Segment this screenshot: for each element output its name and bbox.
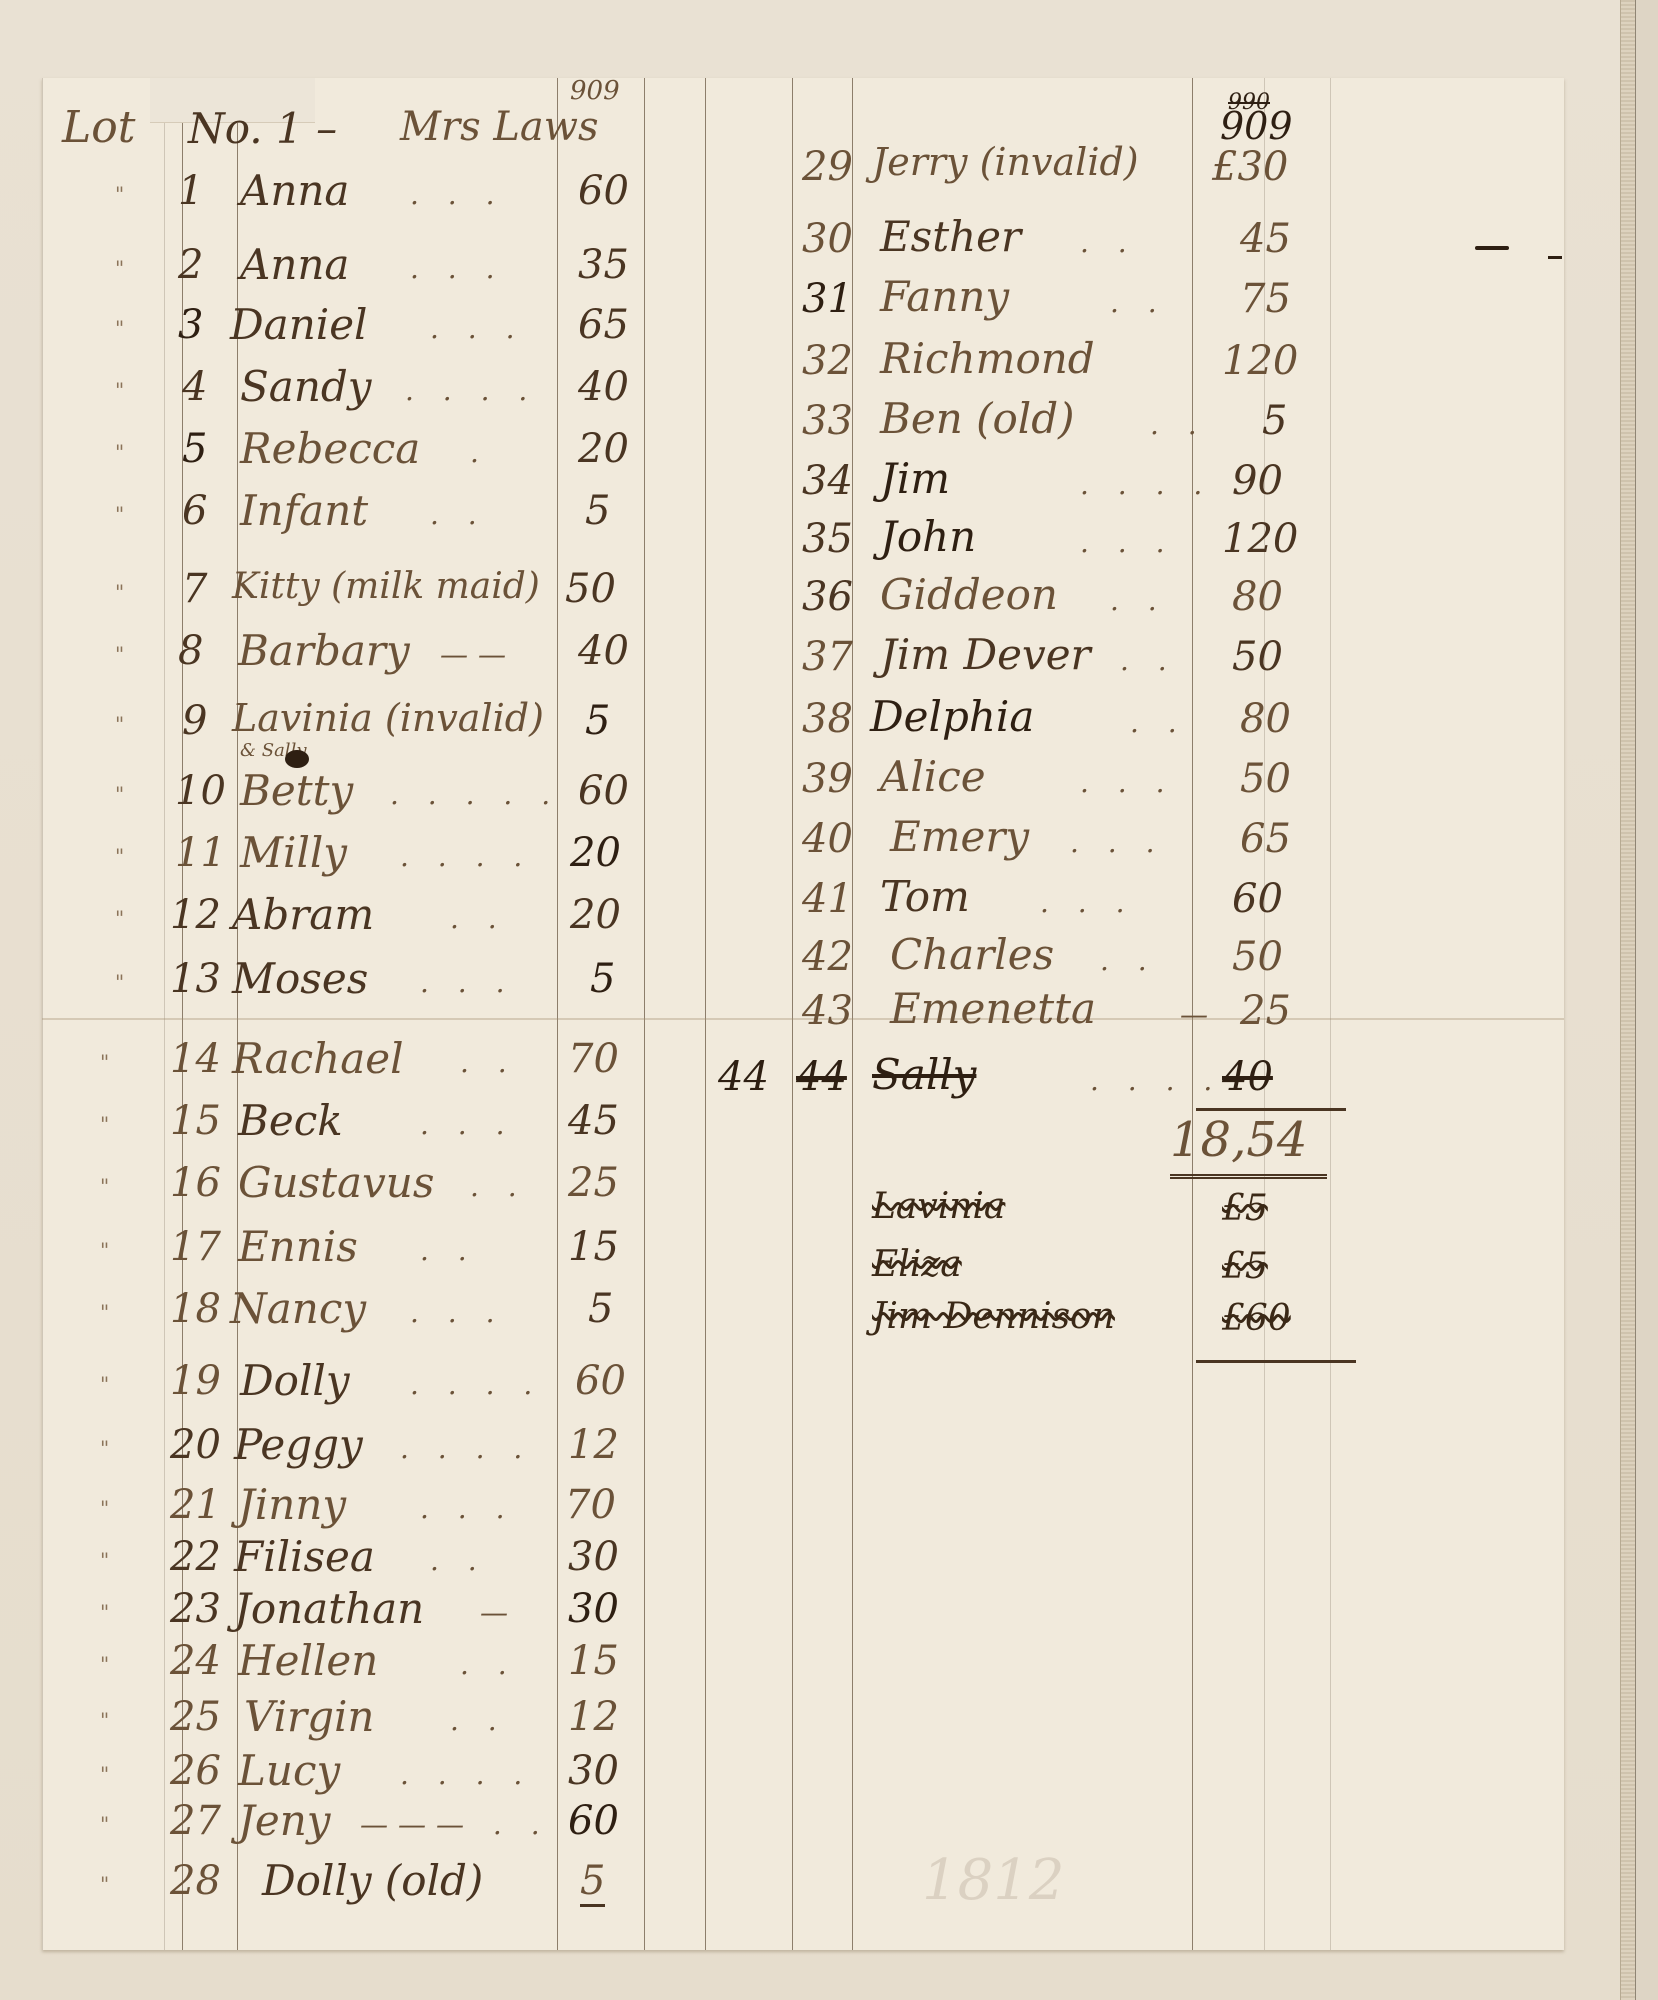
ditto-mark: " [115, 502, 124, 526]
leader-dots: . . . [410, 178, 505, 211]
ditto-mark: " [100, 1872, 109, 1896]
entry-number: 10 [175, 768, 226, 814]
entry-number: 38 [802, 696, 853, 742]
ditto-mark: " [115, 642, 124, 666]
entry-name: Jerry (invalid) [872, 140, 1139, 184]
entry-number: 33 [802, 398, 853, 444]
leader-dots: . . . [1080, 526, 1175, 559]
entry-name: Anna [240, 240, 349, 289]
ditto-mark: " [100, 1812, 109, 1836]
leader-dots: ——— . . [360, 1808, 550, 1841]
leader-dots: . . [1120, 644, 1177, 677]
entry-value: 30 [568, 1534, 619, 1580]
entry-value: 40 [578, 628, 629, 674]
ditto-mark: " [115, 712, 124, 736]
entry-name: Richmond [880, 334, 1095, 383]
rule-line [705, 78, 706, 1950]
entry-name: Beck [238, 1096, 343, 1145]
margin-dash-mark [1475, 246, 1509, 250]
entry-name: Dolly [240, 1356, 350, 1405]
entry-number: 34 [802, 458, 853, 504]
ditto-mark: " [115, 906, 124, 930]
entry-name: Jonathan [234, 1584, 424, 1633]
entry-value: 25 [568, 1160, 619, 1206]
entry-number: 25 [170, 1694, 221, 1740]
entry-value-struck: £60 [1222, 1298, 1291, 1339]
entry-value: 12 [568, 1694, 619, 1740]
entry-name: Fanny [880, 272, 1009, 321]
entry-value-struck: £5 [1222, 1246, 1268, 1287]
entry-value: 20 [578, 426, 629, 472]
entry-name: Abram [232, 890, 374, 939]
entry-name: Alice [880, 752, 986, 801]
entry-name: Jim [880, 454, 950, 503]
margin-dash-mark [1548, 256, 1562, 259]
entry-number: 24 [170, 1638, 221, 1684]
leader-dots: . . . . [400, 840, 532, 873]
ditto-mark: " [115, 182, 124, 206]
album-binding [1620, 0, 1637, 2000]
entry-name: Dolly (old) [262, 1856, 483, 1905]
entry-value: 5 [580, 1858, 605, 1907]
rule-line [164, 78, 165, 1950]
entry-value: 30 [568, 1748, 619, 1794]
leader-dots: . . . . . [390, 778, 560, 811]
ditto-mark: " [100, 1372, 109, 1396]
entry-name: Betty [240, 766, 353, 815]
leader-dots: . . . [1070, 826, 1165, 859]
entry-name: Emenetta [890, 984, 1096, 1033]
entry-number: 3 [178, 302, 203, 348]
ditto-mark: " [100, 1050, 109, 1074]
entry-number: 20 [170, 1422, 221, 1468]
leader-dots: . . . [1040, 886, 1135, 919]
entry-value: 90 [1232, 458, 1283, 504]
entry-value: 40 [578, 364, 629, 410]
leader-dots: . . [1100, 944, 1157, 977]
entry-value: 5 [585, 698, 610, 744]
ditto-mark: " [100, 1436, 109, 1460]
entry-value: 20 [570, 892, 621, 938]
entry-number: 27 [170, 1798, 221, 1844]
rule-line [644, 78, 645, 1950]
entry-number: 21 [170, 1482, 221, 1528]
ditto-mark: " [100, 1600, 109, 1624]
leader-dots: — [1180, 998, 1218, 1031]
entry-value: 30 [568, 1586, 619, 1632]
leader-dots: . . [1130, 706, 1187, 739]
entry-value: £30 [1212, 144, 1288, 190]
leader-dots: . . . [410, 1296, 505, 1329]
ditto-mark: " [100, 1174, 109, 1198]
entry-value: 75 [1240, 276, 1291, 322]
entry-value: 80 [1240, 696, 1291, 742]
entry-name: Ennis [238, 1222, 358, 1271]
entry-number: 37 [802, 634, 853, 680]
entry-value: 120 [1222, 516, 1298, 562]
bleed-through-text: 1812 [922, 1848, 1065, 1913]
entry-name: Esther [880, 212, 1021, 261]
entry-number: 6 [182, 488, 207, 534]
entry-name-struck: Eliza [872, 1244, 962, 1285]
entry-value: 25 [1240, 988, 1291, 1034]
entry-value: 12 [568, 1422, 619, 1468]
entry-number: 11 [175, 830, 226, 876]
ditto-mark: " [100, 1762, 109, 1786]
album-next-page-edge [1636, 0, 1658, 2000]
entry-name: Virgin [244, 1692, 374, 1741]
entry-number: 7 [182, 566, 207, 612]
leader-dots: . . . [430, 312, 525, 345]
entry-number: 17 [170, 1224, 221, 1270]
ditto-mark: " [115, 844, 124, 868]
entry-name: Barbary [238, 626, 410, 675]
leader-dots: . . [430, 1544, 487, 1577]
entry-number: 23 [170, 1586, 221, 1632]
entry-value: 60 [575, 1358, 626, 1404]
entry-value: 50 [1240, 756, 1291, 802]
leader-dots: . . [1110, 584, 1167, 617]
right-column-marker: 909 [1220, 104, 1293, 148]
entry-name: Anna [240, 166, 349, 215]
entry-name: Jim Dever [880, 630, 1091, 679]
leader-dots: . . . . [405, 374, 537, 407]
leader-dots: . . [460, 1648, 517, 1681]
leader-dots: . . . . [400, 1432, 532, 1465]
leader-dots: . [470, 436, 489, 469]
entry-name: Jinny [238, 1480, 346, 1529]
entry-value: 15 [568, 1224, 619, 1270]
ditto-mark: " [100, 1238, 109, 1262]
leader-dots: . . . . [410, 1368, 542, 1401]
ditto-mark: " [115, 440, 124, 464]
leader-dots: . . . [1080, 766, 1175, 799]
entry-value: 5 [585, 488, 610, 534]
lot-label: Lot [62, 102, 135, 153]
entry-number: 18 [170, 1286, 221, 1332]
entry-number: 22 [170, 1534, 221, 1580]
entry-value: 70 [568, 1036, 619, 1082]
entry-name: Nancy [230, 1284, 366, 1333]
rule-line [42, 78, 43, 1950]
leader-dots: —— [440, 638, 516, 671]
leader-dots: . . . . [400, 1758, 532, 1791]
leader-dots: . . [430, 498, 487, 531]
ditto-mark: " [100, 1548, 109, 1572]
entry-name: Lucy [238, 1746, 340, 1795]
entry-name: Gustavus [238, 1158, 434, 1207]
entry-number: 42 [802, 934, 853, 980]
ditto-mark: " [115, 782, 124, 806]
entry-number: 5 [182, 426, 207, 472]
entry-name: Daniel [230, 300, 367, 349]
ditto-mark: " [115, 256, 124, 280]
entry-value: 70 [565, 1482, 616, 1528]
total-value: 18,54 [1170, 1112, 1327, 1179]
entry-name: Peggy [234, 1420, 363, 1469]
entry-value: 35 [578, 242, 629, 288]
entry-number: 14 [170, 1036, 221, 1082]
entry-value: 45 [568, 1098, 619, 1144]
entry-number: 16 [170, 1160, 221, 1206]
rule-line [557, 78, 558, 1950]
entry-name: Kitty (milk maid) [232, 566, 540, 607]
entry-number: 13 [170, 956, 221, 1002]
entry-name-struck: Jim Dennison [872, 1296, 1115, 1337]
ditto-mark: " [100, 1708, 109, 1732]
rule-line [1330, 78, 1331, 1950]
entry-name: Infant [240, 486, 368, 535]
entry-number: 28 [170, 1858, 221, 1904]
entry-value: 65 [578, 302, 629, 348]
entry-number: 29 [802, 144, 853, 190]
entry-number: 19 [170, 1358, 221, 1404]
entry-number: 26 [170, 1748, 221, 1794]
entry-value: 50 [1232, 634, 1283, 680]
entry-number-struck: 44 [796, 1054, 847, 1100]
entry-number: 43 [802, 988, 853, 1034]
entry-name: Giddeon [880, 570, 1058, 619]
leader-dots: . . [420, 1234, 477, 1267]
entry-value: 15 [568, 1638, 619, 1684]
sum-rule [1196, 1108, 1346, 1111]
entry-number: 15 [170, 1098, 221, 1144]
entry-number-corrected: 44 [718, 1054, 769, 1100]
entry-value: 65 [1240, 816, 1291, 862]
leader-dots: . . [460, 1046, 517, 1079]
entry-name: Rebecca [240, 424, 420, 473]
entry-number: 40 [802, 816, 853, 862]
entry-number: 1 [178, 168, 203, 214]
entry-number: 39 [802, 756, 853, 802]
entry-value: 5 [588, 1286, 613, 1332]
entry-name: Milly [240, 828, 347, 877]
entry-value: 20 [570, 830, 621, 876]
ditto-mark: " [115, 970, 124, 994]
entry-number: 8 [178, 628, 203, 674]
entry-number: 12 [170, 892, 221, 938]
leader-dots: . . . [420, 966, 515, 999]
entry-number: 35 [802, 516, 853, 562]
entry-number: 2 [178, 242, 203, 288]
entry-value: 50 [565, 566, 616, 612]
entry-name: Hellen [238, 1636, 378, 1685]
entry-number: 31 [802, 276, 853, 322]
entry-value: 5 [590, 956, 615, 1002]
entry-value: 80 [1232, 574, 1283, 620]
leader-dots: . . [1080, 226, 1137, 259]
leader-dots: . . . [420, 1492, 515, 1525]
entry-number: 32 [802, 338, 853, 384]
entry-value: 60 [578, 768, 629, 814]
leader-dots: . . [450, 1704, 507, 1737]
entry-value-struck: £5 [1222, 1188, 1268, 1229]
entry-number: 41 [802, 876, 853, 922]
leader-dots: . . . . [1090, 1064, 1222, 1097]
entry-value: 60 [568, 1798, 619, 1844]
entry-value: 60 [578, 168, 629, 214]
entry-name-struck: Lavinia [872, 1186, 1005, 1227]
entry-name: Charles [890, 930, 1054, 979]
leader-dots: . . [450, 902, 507, 935]
leader-dots: . . . [420, 1108, 515, 1141]
ditto-mark: " [115, 378, 124, 402]
owner-name: Mrs Laws [400, 104, 599, 150]
rule-line [792, 78, 793, 1950]
ditto-mark: " [100, 1652, 109, 1676]
entry-name: Delphia [870, 692, 1034, 741]
entry-name: Emery [890, 812, 1029, 861]
entry-name: Moses [232, 954, 368, 1003]
entry-number: 9 [182, 698, 207, 744]
entry-number: 36 [802, 574, 853, 620]
leader-dots: . . . [410, 252, 505, 285]
entry-name: Jeny [238, 1796, 330, 1845]
entry-value: 45 [1240, 216, 1291, 262]
entry-name: Tom [880, 872, 970, 921]
entry-name: Sandy [240, 362, 371, 411]
entry-name: John [880, 512, 976, 561]
ditto-mark: " [115, 316, 124, 340]
leader-dots: . . [470, 1170, 527, 1203]
entry-number: 4 [182, 364, 207, 410]
ditto-mark: " [100, 1300, 109, 1324]
entry-name: Filisea [234, 1532, 375, 1581]
entry-name-struck: Sally [872, 1050, 976, 1099]
entry-value: 50 [1232, 934, 1283, 980]
ditto-mark: " [100, 1496, 109, 1520]
left-column-marker: 909 [570, 76, 620, 106]
closing-rule [1196, 1360, 1356, 1363]
ditto-mark: " [100, 1112, 109, 1136]
lot-number: No. 1 – [188, 104, 337, 153]
entry-value: 120 [1222, 338, 1298, 384]
leader-dots: . . . . [1080, 468, 1212, 501]
entry-value: 5 [1262, 398, 1287, 444]
entry-name: Ben (old) [880, 394, 1075, 443]
ditto-mark: " [115, 580, 124, 604]
entry-value: 60 [1232, 876, 1283, 922]
leader-dots: . . [1110, 286, 1167, 319]
entry-name: Rachael [232, 1034, 404, 1083]
entry-name: Lavinia (invalid) [232, 696, 544, 740]
leader-dots: . . [1150, 408, 1207, 441]
entry-number: 30 [802, 216, 853, 262]
leader-dots: — [480, 1596, 518, 1629]
entry-value-struck: 40 [1222, 1054, 1273, 1100]
